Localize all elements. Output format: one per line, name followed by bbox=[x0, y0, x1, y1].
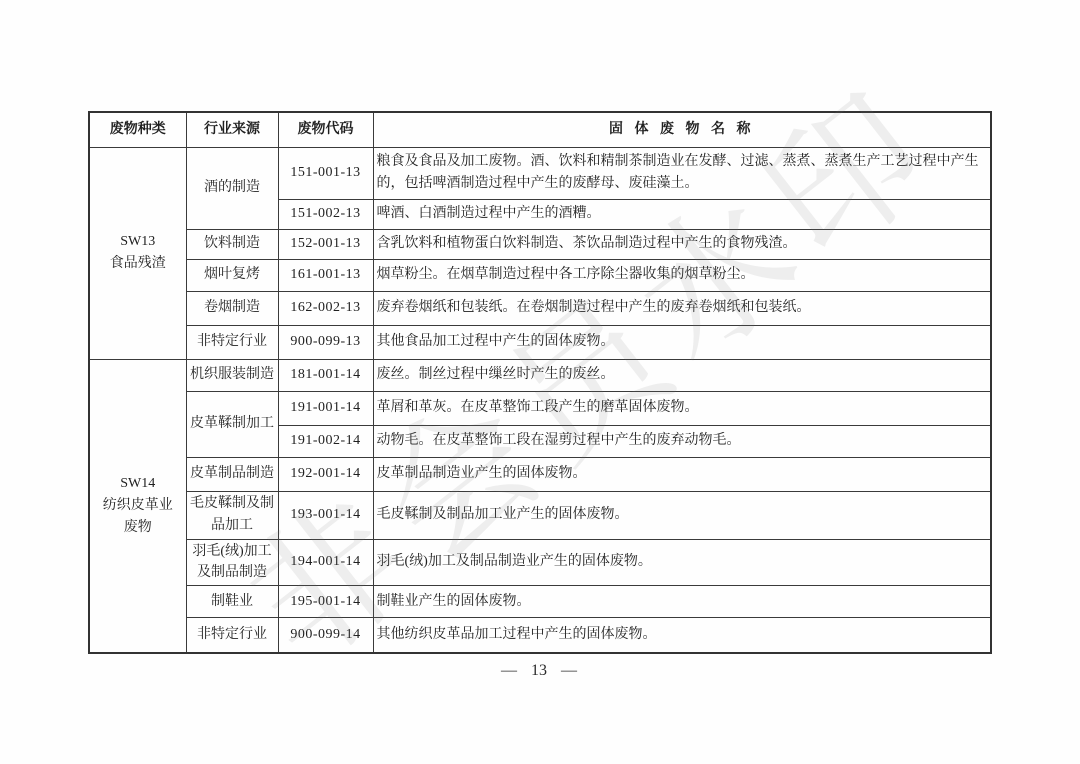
industry-cell: 机织服装制造 bbox=[186, 359, 278, 391]
col-header-waste-category: 废物种类 bbox=[89, 112, 186, 147]
industry-cell: 饮料制造 bbox=[186, 229, 278, 259]
code-cell: 151-001-13 bbox=[278, 147, 373, 199]
name-cell: 含乳饮料和植物蛋白饮料制造、茶饮品制造过程中产生的食物残渣。 bbox=[373, 229, 991, 259]
col-header-waste-code: 废物代码 bbox=[278, 112, 373, 147]
industry-cell: 羽毛(绒)加工 及制品制造 bbox=[186, 539, 278, 585]
code-cell: 900-099-13 bbox=[278, 325, 373, 359]
table-row: 毛皮鞣制及制 品加工 193-001-14 毛皮鞣制及制品加工业产生的固体废物。 bbox=[89, 491, 991, 539]
name-cell: 其他食品加工过程中产生的固体废物。 bbox=[373, 325, 991, 359]
table-row: SW13 食品残渣 酒的制造 151-001-13 粮食及食品及加工废物。酒、饮… bbox=[89, 147, 991, 199]
code-cell: 195-001-14 bbox=[278, 585, 373, 617]
code-cell: 194-001-14 bbox=[278, 539, 373, 585]
table-row: SW14 纺织皮革业 废物 机织服装制造 181-001-14 废丝。制丝过程中… bbox=[89, 359, 991, 391]
table-row: 非特定行业 900-099-14 其他纺织皮革品加工过程中产生的固体废物。 bbox=[89, 617, 991, 653]
name-cell: 废弃卷烟纸和包装纸。在卷烟制造过程中产生的废弃卷烟纸和包装纸。 bbox=[373, 291, 991, 325]
code-cell: 152-001-13 bbox=[278, 229, 373, 259]
code-cell: 162-002-13 bbox=[278, 291, 373, 325]
name-cell: 制鞋业产生的固体废物。 bbox=[373, 585, 991, 617]
table-row: 非特定行业 900-099-13 其他食品加工过程中产生的固体废物。 bbox=[89, 325, 991, 359]
code-cell: 900-099-14 bbox=[278, 617, 373, 653]
col-header-waste-name: 固 体 废 物 名 称 bbox=[373, 112, 991, 147]
code-cell: 151-002-13 bbox=[278, 199, 373, 229]
name-cell: 其他纺织皮革品加工过程中产生的固体废物。 bbox=[373, 617, 991, 653]
industry-cell: 皮革鞣制加工 bbox=[186, 391, 278, 457]
table-row: 制鞋业 195-001-14 制鞋业产生的固体废物。 bbox=[89, 585, 991, 617]
code-cell: 161-001-13 bbox=[278, 259, 373, 291]
col-header-industry-source: 行业来源 bbox=[186, 112, 278, 147]
code-cell: 191-001-14 bbox=[278, 391, 373, 425]
table-row: 烟叶复烤 161-001-13 烟草粉尘。在烟草制造过程中各工序除尘器收集的烟草… bbox=[89, 259, 991, 291]
industry-cell: 酒的制造 bbox=[186, 147, 278, 229]
industry-cell: 烟叶复烤 bbox=[186, 259, 278, 291]
document-page: 非会员水印 废物种类 行业来源 废物代码 固 体 废 物 名 称 SW13 食品… bbox=[0, 0, 1080, 764]
table-row: 皮革制品制造 192-001-14 皮革制品制造业产生的固体废物。 bbox=[89, 457, 991, 491]
industry-cell: 皮革制品制造 bbox=[186, 457, 278, 491]
code-cell: 181-001-14 bbox=[278, 359, 373, 391]
name-cell: 革屑和革灰。在皮革整饰工段产生的磨革固体废物。 bbox=[373, 391, 991, 425]
code-cell: 193-001-14 bbox=[278, 491, 373, 539]
name-cell: 皮革制品制造业产生的固体废物。 bbox=[373, 457, 991, 491]
name-cell: 粮食及食品及加工废物。酒、饮料和精制茶制造业在发酵、过滤、蒸煮、蒸煮生产工艺过程… bbox=[373, 147, 991, 199]
industry-cell: 非特定行业 bbox=[186, 617, 278, 653]
name-cell: 羽毛(绒)加工及制品制造业产生的固体废物。 bbox=[373, 539, 991, 585]
code-cell: 191-002-14 bbox=[278, 425, 373, 457]
table-row: 皮革鞣制加工 191-001-14 革屑和革灰。在皮革整饰工段产生的磨革固体废物… bbox=[89, 391, 991, 425]
name-cell: 动物毛。在皮革整饰工段在湿剪过程中产生的废弃动物毛。 bbox=[373, 425, 991, 457]
industry-cell: 卷烟制造 bbox=[186, 291, 278, 325]
industry-cell: 毛皮鞣制及制 品加工 bbox=[186, 491, 278, 539]
category-cell-sw13: SW13 食品残渣 bbox=[89, 147, 186, 359]
table-row: 饮料制造 152-001-13 含乳饮料和植物蛋白饮料制造、茶饮品制造过程中产生… bbox=[89, 229, 991, 259]
table-row: 卷烟制造 162-002-13 废弃卷烟纸和包装纸。在卷烟制造过程中产生的废弃卷… bbox=[89, 291, 991, 325]
name-cell: 废丝。制丝过程中缫丝时产生的废丝。 bbox=[373, 359, 991, 391]
solid-waste-classification-table: 废物种类 行业来源 废物代码 固 体 废 物 名 称 SW13 食品残渣 酒的制… bbox=[88, 111, 992, 654]
page-number: — 13 — bbox=[88, 662, 990, 680]
category-cell-sw14: SW14 纺织皮革业 废物 bbox=[89, 359, 186, 653]
header-row: 废物种类 行业来源 废物代码 固 体 废 物 名 称 bbox=[89, 112, 991, 147]
industry-cell: 制鞋业 bbox=[186, 585, 278, 617]
table-row: 羽毛(绒)加工 及制品制造 194-001-14 羽毛(绒)加工及制品制造业产生… bbox=[89, 539, 991, 585]
name-cell: 毛皮鞣制及制品加工业产生的固体废物。 bbox=[373, 491, 991, 539]
name-cell: 烟草粉尘。在烟草制造过程中各工序除尘器收集的烟草粉尘。 bbox=[373, 259, 991, 291]
industry-cell: 非特定行业 bbox=[186, 325, 278, 359]
code-cell: 192-001-14 bbox=[278, 457, 373, 491]
name-cell: 啤酒、白酒制造过程中产生的酒糟。 bbox=[373, 199, 991, 229]
